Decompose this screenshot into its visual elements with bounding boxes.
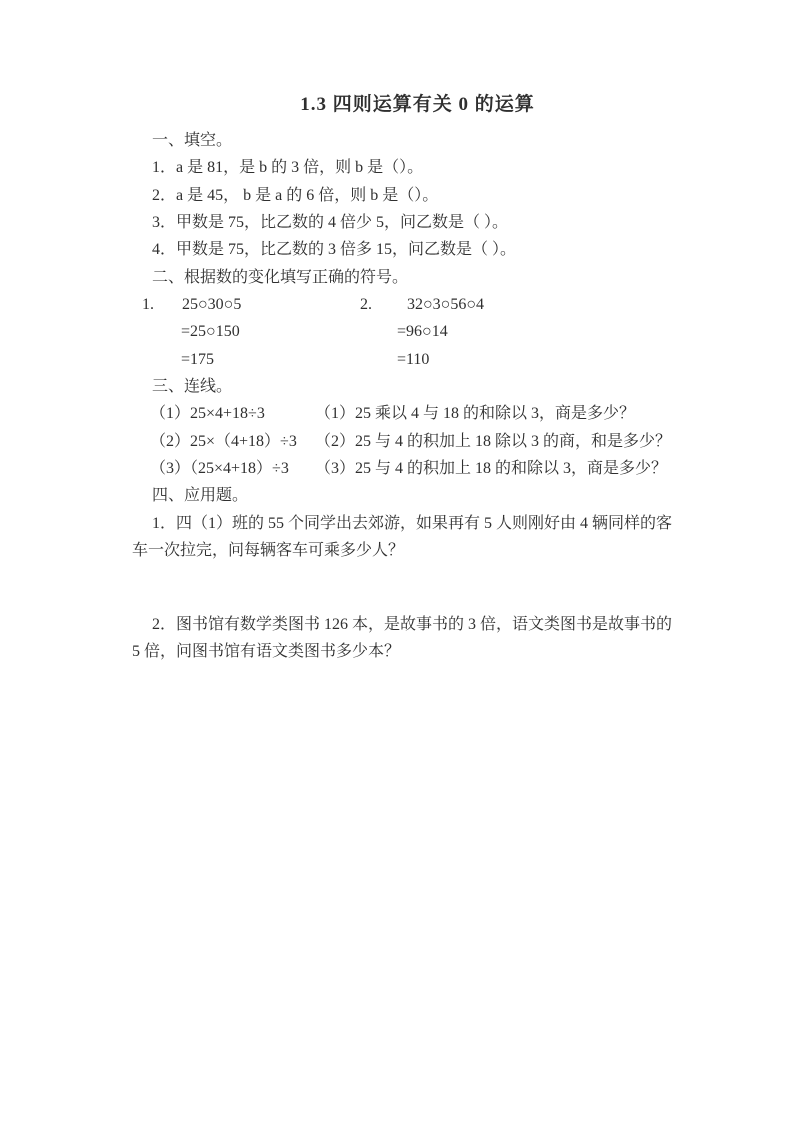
- section4-heading: 四、应用题。: [132, 482, 703, 509]
- section2-heading: 二、根据数的变化填写正确的符号。: [132, 264, 703, 291]
- section1-item-3: 3．甲数是 75，比乙数的 4 倍少 5，问乙数是（ ）。: [132, 209, 703, 236]
- problem-number: 1.: [142, 291, 182, 318]
- section1-item-4: 4．甲数是 75，比乙数的 3 倍多 15，问乙数是（ ）。: [132, 236, 703, 263]
- section2-problem-1: 1.25○30○5 =25○150 =175: [142, 291, 360, 373]
- word-problem-1-line-2: 车一次拉完，问每辆客车可乘多少人？: [132, 537, 703, 564]
- word-problem-2-line-1: 2．图书馆有数学类图书 126 本，是故事书的 3 倍，语文类图书是故事书的: [132, 611, 703, 638]
- section1-item-1: 1．a 是 81，是 b 的 3 倍，则 b 是（）。: [132, 154, 703, 181]
- word-problem-1-line-1: 1．四（1）班的 55 个同学出去郊游，如果再有 5 人则刚好由 4 辆同样的客: [132, 510, 703, 537]
- section1-item-2: 2．a 是 45， b 是 a 的 6 倍，则 b 是（）。: [132, 182, 703, 209]
- matching-pair-1: （1）25×4+18÷3（1）25 乘以 4 与 18 的和除以 3，商是多少？: [132, 400, 703, 427]
- problem-expression: 32○3○56○4: [407, 296, 484, 313]
- section3-heading: 三、连线。: [132, 373, 703, 400]
- problem-expression-row: 2.32○3○56○4: [360, 291, 484, 318]
- problem-expression: 25○30○5: [182, 296, 241, 313]
- worksheet-content: 1.3 四则运算有关 0 的运算 一、填空。 1．a 是 81，是 b 的 3 …: [0, 0, 793, 665]
- pair-expression: （1）25×4+18÷3: [150, 400, 315, 427]
- problem-step: =25○150: [142, 318, 360, 345]
- problem-step: =110: [360, 346, 484, 373]
- pair-description: （3）25 与 4 的积加上 18 的和除以 3，商是多少？: [315, 460, 667, 477]
- page-title: 1.3 四则运算有关 0 的运算: [132, 91, 703, 119]
- word-problem-2-line-2: 5 倍，问图书馆有语文类图书多少本？: [132, 638, 703, 665]
- pair-description: （1）25 乘以 4 与 18 的和除以 3，商是多少？: [315, 405, 635, 422]
- section2-problem-2: 2.32○3○56○4 =96○14 =110: [360, 291, 484, 373]
- pair-expression: （3）（25×4+18）÷3: [150, 455, 315, 482]
- pair-description: （2）25 与 4 的积加上 18 除以 3 的商，和是多少？: [315, 433, 671, 450]
- pair-expression: （2）25×（4+18）÷3: [150, 428, 315, 455]
- problem-expression-row: 1.25○30○5: [142, 291, 360, 318]
- matching-pair-3: （3）（25×4+18）÷3（3）25 与 4 的积加上 18 的和除以 3，商…: [132, 455, 703, 482]
- problem-step: =175: [142, 346, 360, 373]
- matching-pair-2: （2）25×（4+18）÷3（2）25 与 4 的积加上 18 除以 3 的商，…: [132, 428, 703, 455]
- answer-workspace: [132, 565, 703, 611]
- section2-columns: 1.25○30○5 =25○150 =175 2.32○3○56○4 =96○1…: [132, 291, 703, 373]
- problem-step: =96○14: [360, 318, 484, 345]
- problem-number: 2.: [360, 291, 407, 318]
- worksheet-page: 1.3 四则运算有关 0 的运算 一、填空。 1．a 是 81，是 b 的 3 …: [0, 0, 793, 1122]
- section1-heading: 一、填空。: [132, 127, 703, 154]
